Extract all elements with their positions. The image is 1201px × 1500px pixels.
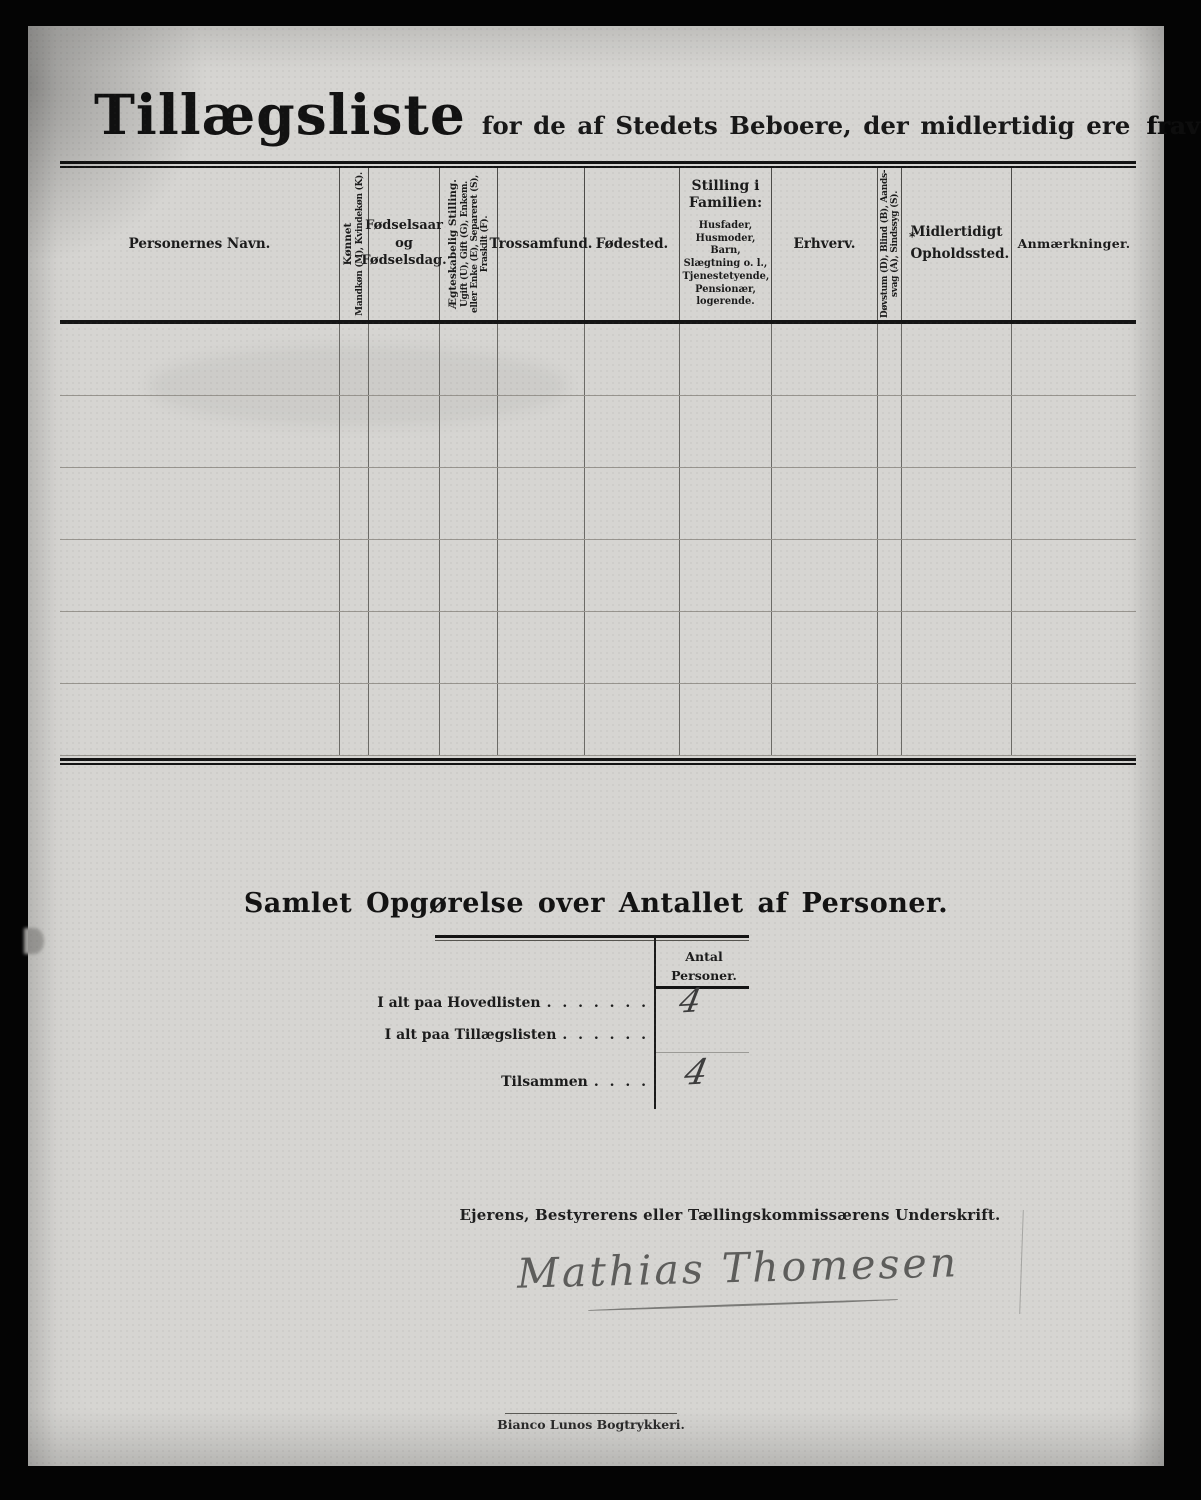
table-cell — [1012, 468, 1136, 539]
marital-line4: Fraskilt (F). — [479, 169, 489, 319]
table-row — [60, 540, 1136, 612]
occupation-label: Erhverv. — [794, 236, 856, 252]
table-cell — [585, 324, 680, 395]
table-cell — [680, 324, 772, 395]
table-cell — [340, 684, 369, 755]
table-cell — [60, 324, 340, 395]
table-cell — [585, 468, 680, 539]
table-cell — [369, 468, 440, 539]
page-title-main: Tillægsliste — [94, 82, 466, 147]
table-cell — [1012, 324, 1136, 395]
summary-row-label: I alt paa Tillægslisten — [385, 1027, 557, 1043]
signature-caption: Ejerens, Bestyrerens eller Tællingskommi… — [430, 1206, 1030, 1224]
summary-row-tillaegslisten: I alt paa Tillægslisten. . . . . . — [385, 1027, 649, 1043]
table-body — [60, 324, 1136, 756]
summary-top-rule-2 — [435, 940, 749, 941]
table-row — [60, 612, 1136, 684]
table-cell — [680, 684, 772, 755]
remarks-label: Anmærkninger. — [1018, 236, 1131, 251]
marital-line2: Ugift (U), Gift (G), Enkem. — [459, 169, 469, 319]
table-cell — [1012, 612, 1136, 683]
disabilities-line1: Døvstum (D), Blind (B), Aands- — [879, 169, 889, 319]
col-header-birthplace: Fødested. — [585, 168, 680, 320]
table-cell — [340, 324, 369, 395]
table-cell — [585, 396, 680, 467]
table-cell — [340, 540, 369, 611]
table-cell — [60, 396, 340, 467]
birthdate-line2: og — [361, 235, 446, 253]
table-cell — [680, 468, 772, 539]
table-cell — [772, 612, 878, 683]
page-title-emphasis: fraværende. — [1146, 111, 1201, 140]
col-header-religion: Trossamfund. — [498, 168, 585, 320]
table-cell — [1012, 540, 1136, 611]
col-header-temporary-residence: * Midlertidigt Opholdssted. — [902, 168, 1012, 320]
table-cell — [369, 684, 440, 755]
col-header-disabilities: Døvstum (D), Blind (B), Aands- svag (A),… — [878, 168, 902, 320]
col-header-name-label: Personernes Navn. — [129, 236, 271, 252]
table-row — [60, 468, 1136, 540]
table-cell — [440, 396, 498, 467]
table-cell — [680, 540, 772, 611]
marital-line3: eller Enke (E), Separeret (S), — [469, 169, 479, 319]
table-cell — [498, 612, 585, 683]
table-cell — [585, 684, 680, 755]
table-cell — [772, 396, 878, 467]
table-cell — [680, 396, 772, 467]
col-header-occupation: Erhverv. — [772, 168, 878, 320]
table-bottom-rule-2 — [60, 763, 1136, 765]
summary-table: Antal Personer. I alt paa Hovedlisten. .… — [435, 935, 749, 1111]
table-cell — [440, 540, 498, 611]
table-cell — [369, 324, 440, 395]
birthplace-label: Fødested. — [596, 236, 668, 252]
imprint-rule — [505, 1413, 677, 1414]
table-cell — [772, 324, 878, 395]
summary-row-dots: . . . . — [594, 1074, 649, 1090]
col-header-remarks: Anmærkninger. — [1012, 168, 1136, 320]
birthdate-line1: Fødselsaar — [361, 217, 446, 235]
table-cell — [369, 540, 440, 611]
table-row — [60, 324, 1136, 396]
table-cell — [498, 684, 585, 755]
table-cell — [369, 396, 440, 467]
table-cell — [498, 540, 585, 611]
table-cell — [902, 396, 1012, 467]
summary-title: Samlet Opgørelse over Antallet af Person… — [196, 888, 996, 919]
table-cell — [60, 540, 340, 611]
table-header-row: Personernes Navn. Kønnet Mandkøn (M), Kv… — [60, 168, 1136, 324]
table-cell — [902, 684, 1012, 755]
table-cell — [902, 612, 1012, 683]
residence-label: Midlertidigt Opholdssted. — [911, 222, 1003, 265]
table-cell — [585, 540, 680, 611]
family-position-heading: Stilling i Familien: — [688, 178, 764, 213]
summary-row-dots: . . . . . . — [562, 1027, 649, 1043]
table-cell — [369, 612, 440, 683]
table-cell — [680, 612, 772, 683]
col-header-birthdate: Fødselsaar og Fødselsdag. — [369, 168, 440, 320]
table-cell — [440, 612, 498, 683]
col-header-disabilities-vertical: Døvstum (D), Blind (B), Aands- svag (A),… — [879, 169, 899, 319]
table-cell — [1012, 396, 1136, 467]
table-cell — [498, 396, 585, 467]
table-cell — [1012, 684, 1136, 755]
table-cell — [902, 468, 1012, 539]
table-cell — [60, 684, 340, 755]
table-cell — [340, 612, 369, 683]
table-cell — [772, 684, 878, 755]
table-bottom-rule — [60, 758, 1136, 761]
summary-row-hovedlisten: I alt paa Hovedlisten. . . . . . . — [377, 995, 649, 1011]
table-row — [60, 396, 1136, 468]
sex-line1: Kønnet — [343, 169, 355, 319]
religion-label: Trossamfund. — [490, 236, 593, 252]
census-table: Personernes Navn. Kønnet Mandkøn (M), Kv… — [60, 161, 1136, 765]
table-cell — [60, 468, 340, 539]
table-cell — [878, 684, 902, 755]
scanned-census-page: Tillægsliste for de af Stedets Beboere, … — [28, 26, 1164, 1466]
handwritten-signature: Mathias Thomesen — [487, 1237, 988, 1298]
col-header-family-position: Stilling i Familien: Husfader, Husmoder,… — [680, 168, 772, 320]
scan-edge-artifact — [24, 928, 44, 954]
page-title-rest: for de af Stedets Beboere, der midlertid… — [482, 111, 1131, 140]
table-cell — [902, 324, 1012, 395]
col-header-marital-vertical: Ægteskabelig Stilling. Ugift (U), Gift (… — [448, 169, 490, 319]
handwritten-count-tilsammen: 4 — [681, 1052, 711, 1093]
table-cell — [60, 612, 340, 683]
birthdate-line3: Fødselsdag. — [361, 252, 446, 270]
table-cell — [340, 396, 369, 467]
birthdate-lines: Fødselsaar og Fødselsdag. — [361, 217, 446, 270]
table-cell — [440, 324, 498, 395]
residence-asterisk: * — [909, 230, 915, 244]
table-cell — [772, 468, 878, 539]
table-cell — [878, 468, 902, 539]
summary-top-rule — [435, 935, 749, 938]
family-position-sub: Husfader, Husmoder, Barn, Slægtning o. l… — [683, 220, 769, 309]
table-cell — [440, 468, 498, 539]
summary-row-dots: . . . . . . . — [547, 995, 649, 1011]
disabilities-line2: svag (A), Sindssyg (S). — [890, 169, 900, 319]
table-cell — [878, 540, 902, 611]
page-title: Tillægsliste for de af Stedets Beboere, … — [94, 82, 1104, 147]
signature-flourish — [588, 1299, 898, 1311]
col-header-name: Personernes Navn. — [60, 168, 340, 320]
table-cell — [878, 396, 902, 467]
summary-row-label: I alt paa Hovedlisten — [377, 995, 540, 1011]
table-cell — [498, 324, 585, 395]
table-cell — [585, 612, 680, 683]
marital-line1: Ægteskabelig Stilling. — [448, 169, 460, 319]
table-cell — [878, 612, 902, 683]
table-cell — [498, 468, 585, 539]
summary-row-label: Tilsammen — [501, 1074, 588, 1090]
table-row — [60, 684, 1136, 756]
printer-imprint: Bianco Lunos Bogtrykkeri. — [485, 1417, 697, 1432]
table-cell — [440, 684, 498, 755]
summary-divider-line — [654, 937, 656, 1109]
table-cell — [772, 540, 878, 611]
table-cell — [878, 324, 902, 395]
table-cell — [902, 540, 1012, 611]
summary-row-tilsammen: Tilsammen. . . . — [501, 1074, 649, 1090]
table-cell — [340, 468, 369, 539]
scan-scratch-artifact — [1019, 1210, 1024, 1314]
